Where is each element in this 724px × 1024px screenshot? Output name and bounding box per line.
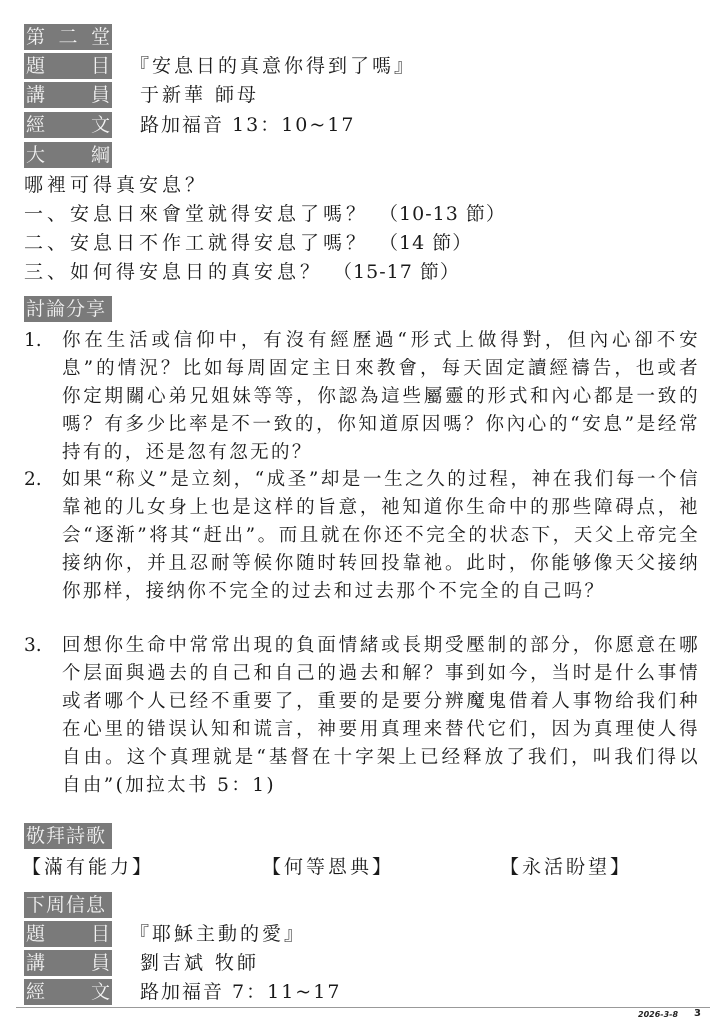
label-char: 文 <box>91 979 110 1005</box>
next-speaker-label: 講 員 <box>24 950 112 976</box>
discussion-question-1: 1. 你在生活或信仰中，有沒有經歷過“形式上做得對，但內心卻不安息”的情況？比如… <box>24 327 700 467</box>
footer-date: 2026-3-8 <box>638 1010 678 1019</box>
next-topic: 『耶穌主動的愛』 <box>130 921 306 947</box>
label-char: 經 <box>26 979 45 1005</box>
next-scripture: 路加福音 7：11~17 <box>140 979 341 1005</box>
sermon-topic: 『安息日的真意你得到了嗎』 <box>130 53 416 79</box>
outline-point-text: 三、如何得安息日的真安息？ <box>24 261 323 283</box>
outline-point-ref: （15-17 節） <box>333 261 460 283</box>
outline-intro: 哪裡可得真安息？ <box>24 171 208 200</box>
discussion-question-2: 2. 如果“称义”是立刻，“成圣”却是一生之久的过程，神在我们每一个信靠祂的儿女… <box>24 466 700 606</box>
label-char: 題 <box>26 921 45 947</box>
worship-song: 【何等恩典】 <box>262 852 394 882</box>
label-char: 大 <box>26 142 45 168</box>
worship-label: 敬拜詩歌 <box>24 823 112 849</box>
discussion-question-3: 3. 回想你生命中常常出現的負面情緒或長期受壓制的部分，你愿意在哪个层面與過去的… <box>24 632 700 800</box>
sermon-scripture: 路加福音 13：10~17 <box>140 112 356 138</box>
outline-label: 大 綱 <box>24 142 112 168</box>
section-title-char: 二 <box>58 24 77 50</box>
next-scripture-label: 經 文 <box>24 979 112 1005</box>
page-number: 3 <box>694 1008 701 1019</box>
question-number: 2. <box>24 466 42 494</box>
question-text: 你在生活或信仰中，有沒有經歷過“形式上做得對，但內心卻不安息”的情況？比如每周固… <box>62 327 700 467</box>
label-char: 目 <box>91 921 110 947</box>
next-week-label: 下周信息 <box>24 892 112 918</box>
scripture-label: 經 文 <box>24 112 112 138</box>
sermon-speaker: 于新華 師母 <box>140 82 259 108</box>
label-char: 講 <box>26 950 45 976</box>
outline-point-3: 三、如何得安息日的真安息？（15-17 節） <box>24 258 460 287</box>
outline-point-text: 一、安息日來會堂就得安息了嗎？ <box>24 203 369 225</box>
outline-point-2: 二、安息日不作工就得安息了嗎？（14 節） <box>24 229 472 258</box>
label-char: 文 <box>91 112 110 138</box>
question-text: 回想你生命中常常出現的負面情緒或長期受壓制的部分，你愿意在哪个层面與過去的自己和… <box>62 632 700 800</box>
next-speaker: 劉吉斌 牧師 <box>140 950 259 976</box>
label-char: 題 <box>26 53 45 79</box>
outline-point-text: 二、安息日不作工就得安息了嗎？ <box>24 232 369 254</box>
section-title-char: 第 <box>26 24 45 50</box>
worship-song: 【永活盼望】 <box>500 852 632 882</box>
section-title-label: 第 二 堂 <box>24 24 112 50</box>
label-char: 綱 <box>91 142 110 168</box>
label-char: 員 <box>91 950 110 976</box>
question-text: 如果“称义”是立刻，“成圣”却是一生之久的过程，神在我们每一个信靠祂的儿女身上也… <box>62 466 700 606</box>
worship-song: 【滿有能力】 <box>22 852 154 882</box>
question-number: 1. <box>24 327 42 355</box>
discussion-label: 討論分享 <box>24 296 112 322</box>
label-char: 目 <box>91 53 110 79</box>
label-char: 經 <box>26 112 45 138</box>
outline-point-1: 一、安息日來會堂就得安息了嗎？（10-13 節） <box>24 200 506 229</box>
question-number: 3. <box>24 632 42 660</box>
topic-label: 題 目 <box>24 53 112 79</box>
section-title-char: 堂 <box>91 24 110 50</box>
speaker-label: 講 員 <box>24 82 112 108</box>
next-topic-label: 題 目 <box>24 921 112 947</box>
footer-divider <box>16 1007 710 1008</box>
label-char: 員 <box>91 82 110 108</box>
outline-point-ref: （14 節） <box>379 232 472 254</box>
outline-point-ref: （10-13 節） <box>379 203 506 225</box>
label-char: 講 <box>26 82 45 108</box>
